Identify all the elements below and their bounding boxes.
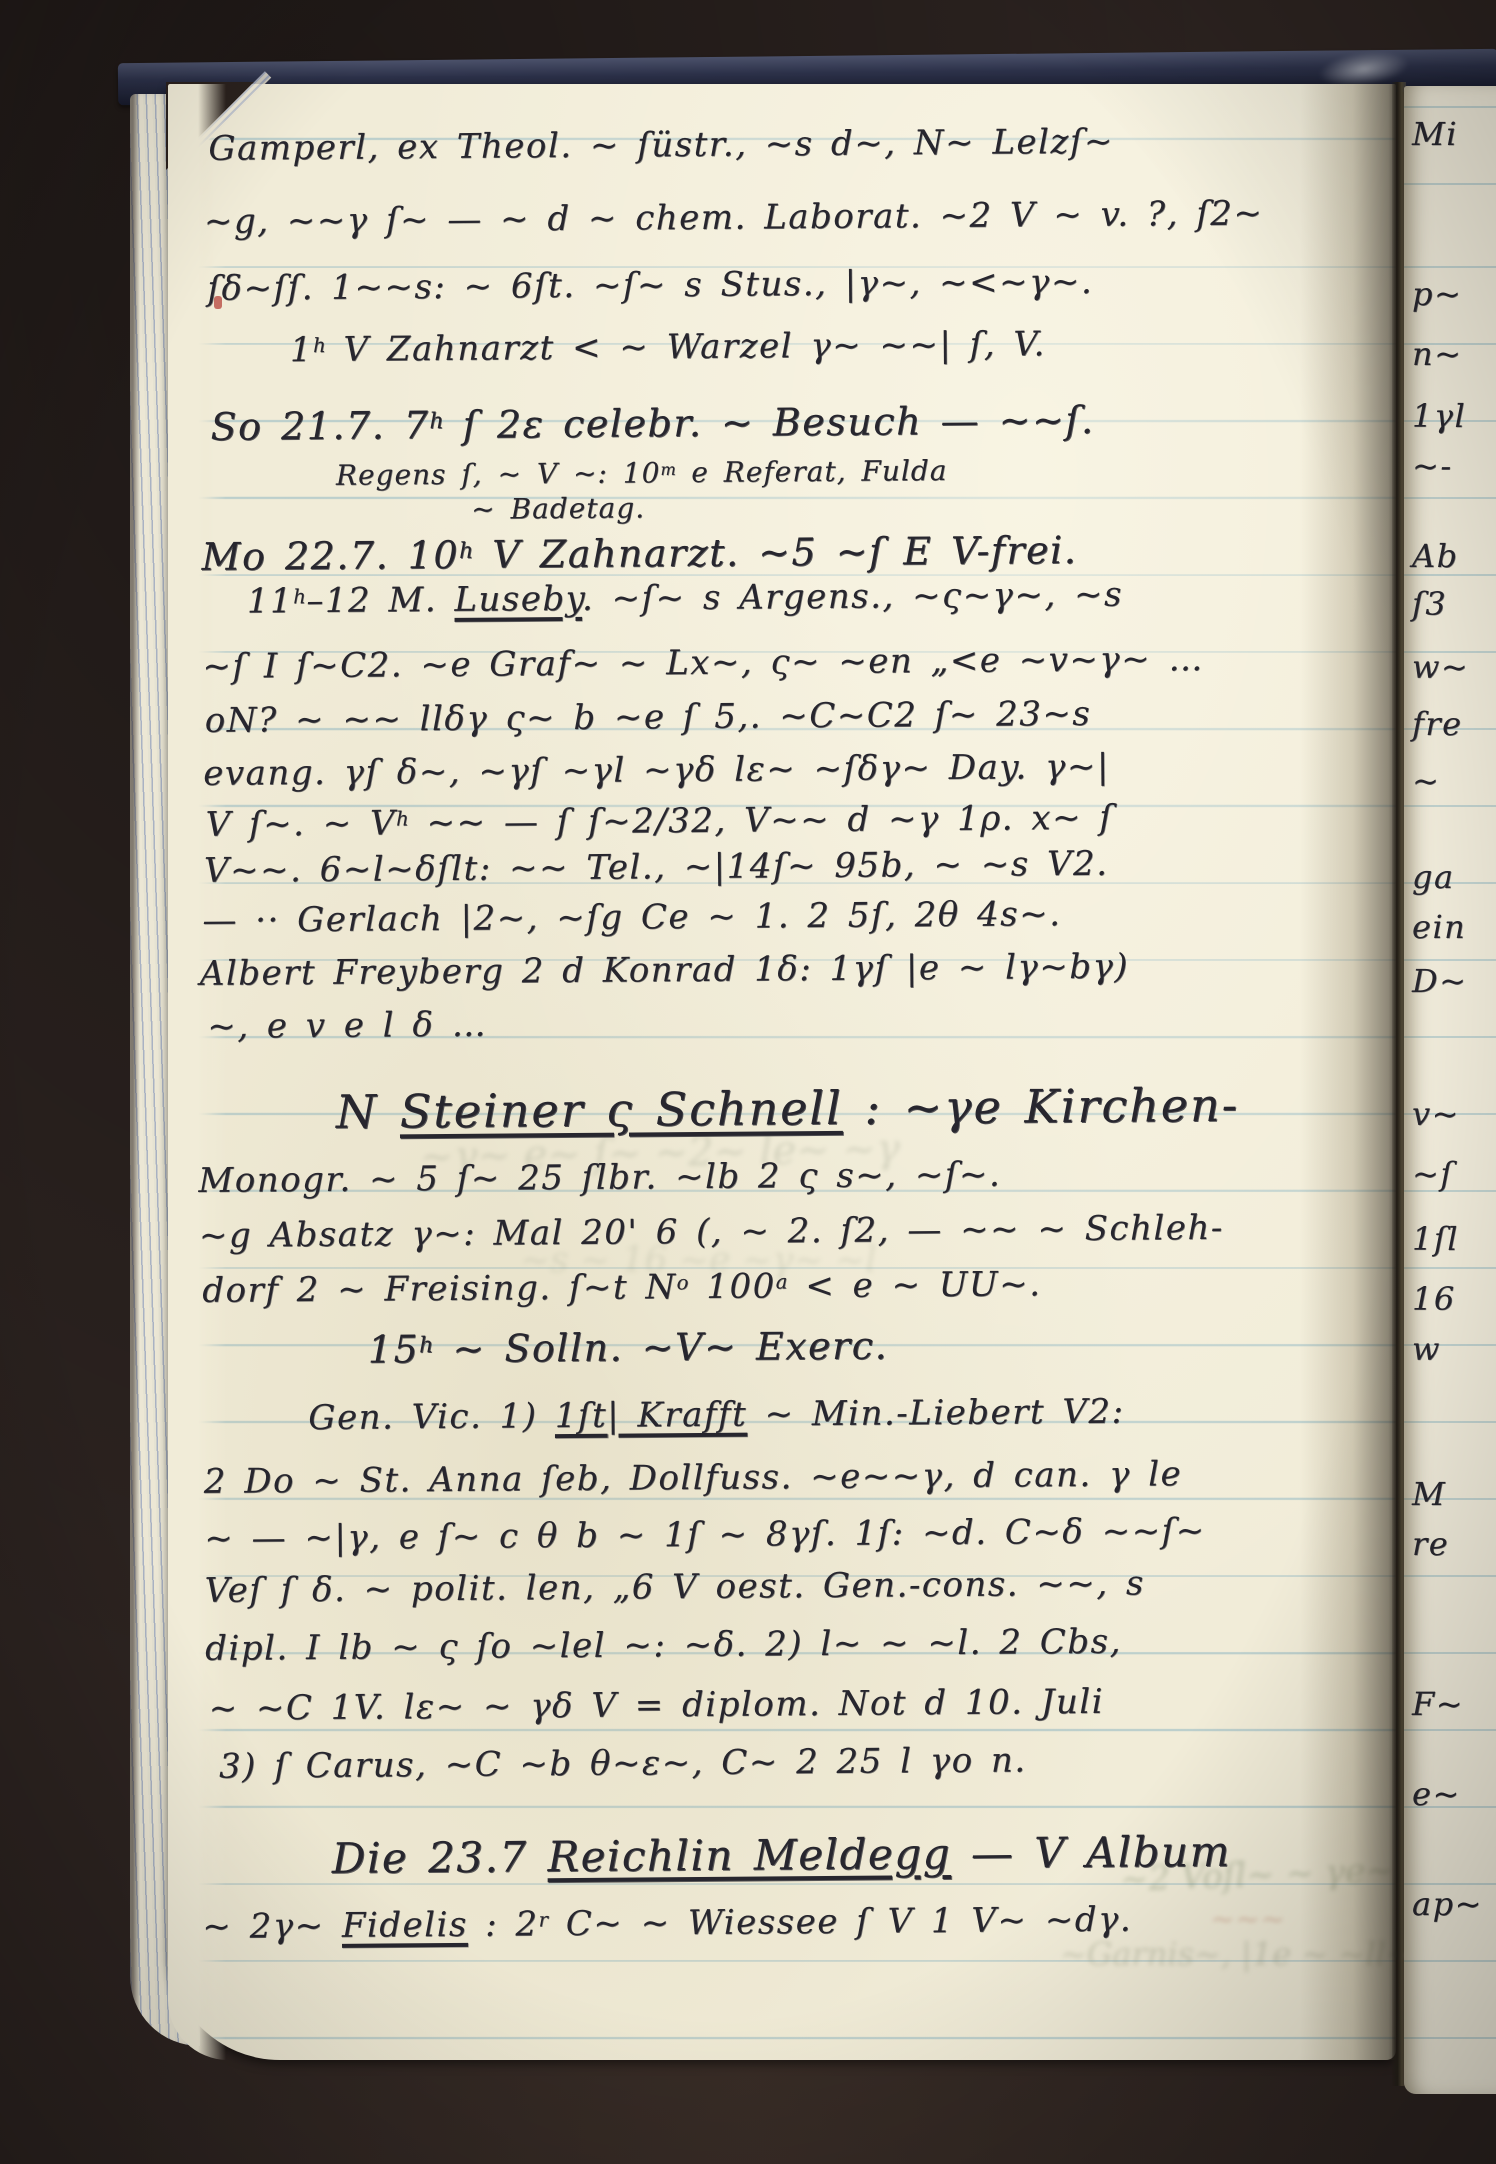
manuscript-line: Gen. Vic. 1) 1ſt| Krafft ~ Min.-Liebert … — [308, 1392, 1125, 1438]
manuscript-line: Mi — [1412, 115, 1458, 153]
handwriting-segment: 2 Do ~ St. Anna ſeb, Dollfuss. ~e~~γ, d … — [204, 1454, 1183, 1502]
notebook-photo: ~γ~ e~ ſ~ ~2~ le~ ~γ ~s ~ 16 ~e ~γ~ ~l ~… — [0, 0, 1496, 2164]
handwriting-segment: 11 — [247, 581, 294, 621]
handwriting-segment: dorf 2 ~ Freising. ſ~t N — [202, 1267, 677, 1311]
handwriting-segment: r — [538, 1908, 548, 1931]
handwriting-segment: w — [1412, 1330, 1441, 1368]
handwriting-segment: oN? ~ ~~ llδγ ς~ b ~e ſ 5,. ~C~C2 ſ~ 23~… — [205, 694, 1092, 741]
handwriting-segment: dipl. I lb ~ ς ſo ~lel ~: ~δ. 2) l~ ~ ~l… — [205, 1622, 1122, 1669]
handwriting-segment: Gamperl, ex Theol. ~ ſüstr., ~s d~, N~ L… — [208, 122, 1114, 169]
manuscript-line: ~ Badetag. — [471, 491, 645, 525]
manuscript-line: n~ — [1412, 335, 1462, 373]
manuscript-line: 2 Do ~ St. Anna ſeb, Dollfuss. ~e~~γ, d … — [204, 1454, 1183, 1502]
handwriting-segment: w~ — [1412, 648, 1469, 686]
manuscript-line: w~ — [1412, 648, 1469, 686]
underlined-word: Luseby — [454, 579, 582, 620]
handwriting-segment: ~~ — ſ ſ~2/32, V~~ d ~γ 1ρ. x~ ſ — [409, 798, 1113, 844]
manuscript-line: 1γl — [1412, 397, 1466, 435]
manuscript-line: 1ſl — [1412, 1220, 1459, 1258]
handwriting-segment: p~ — [1412, 275, 1462, 313]
handwriting-segment: ~ Solln. ~V~ Exerc. — [434, 1324, 889, 1372]
handwriting-segment: ſ3 — [1412, 585, 1447, 623]
handwriting-segment: Mi — [1412, 115, 1458, 153]
manuscript-lines: Gamperl, ex Theol. ~ ſüstr., ~s d~, N~ L… — [168, 75, 1411, 2061]
manuscript-line: 15h ~ Solln. ~V~ Exerc. — [368, 1324, 889, 1372]
manuscript-line: re — [1412, 1525, 1449, 1563]
underlined-word: Steiner ς Schnell — [400, 1081, 843, 1138]
manuscript-line: 1h V Zahnarzt < ~ Warzel γ~ ~~| ſ, V. — [290, 324, 1046, 370]
manuscript-line: ~ 2γ~ Fidelis : 2r C~ ~ Wiessee ſ V 1 V~… — [202, 1900, 1132, 1947]
manuscript-line: ~- — [1412, 447, 1453, 485]
manuscript-line: ~ — ~|γ, e ſ~ c θ b ~ 1ſ ~ 8γſ. 1ſ: ~d. … — [204, 1511, 1206, 1559]
handwriting-segment: < e ~ UU~. — [788, 1264, 1042, 1306]
handwriting-segment: h — [396, 807, 409, 830]
handwriting-segment: Monogr. ~ 5 ſ~ 25 ſlbr. ~lb 2 ς s~, ~ſ~. — [198, 1155, 1001, 1201]
handwriting-segment: : ~γe Kirchen- — [843, 1078, 1240, 1135]
manuscript-line: ~ ~C 1V. lε~ ~ γδ V = diplom. Not d 10. … — [208, 1682, 1104, 1729]
manuscript-line: D~ — [1412, 962, 1467, 1000]
handwriting-segment: h — [293, 585, 306, 608]
manuscript-line: N Steiner ς Schnell : ~γe Kirchen- — [336, 1078, 1240, 1139]
handwriting-segment: ap~ — [1412, 1885, 1483, 1923]
handwriting-segment: V~~. 6~l~δſlt: ~~ Tel., ~|14ſ~ 95b, ~ ~s… — [204, 844, 1109, 891]
handwriting-segment: h — [429, 409, 444, 434]
manuscript-line: So 21.7. 7h ſ 2ε celebr. ~ Besuch — ~~ſ. — [210, 398, 1094, 449]
handwriting-segment: Albert Freyberg 2 d Konrad 1δ: 1γſ |e ~ … — [200, 947, 1130, 994]
handwriting-segment: — V Album — [951, 1827, 1231, 1878]
manuscript-line: oN? ~ ~~ llδγ ς~ b ~e ſ 5,. ~C~C2 ſ~ 23~… — [205, 694, 1092, 741]
manuscript-line: Die 23.7 Reichlin Meldegg — V Album — [332, 1827, 1232, 1883]
handwriting-segment: ~ — ~|γ, e ſ~ c θ b ~ 1ſ ~ 8γſ. 1ſ: ~d. … — [204, 1511, 1206, 1559]
handwriting-segment: h — [459, 539, 474, 564]
manuscript-line: e~ — [1412, 1775, 1461, 1813]
manuscript-line: Veſ ſ δ. ~ polit. len, „6 V oest. Gen.-c… — [205, 1564, 1146, 1611]
handwriting-segment: o — [677, 1271, 690, 1294]
manuscript-line: 16 — [1412, 1280, 1456, 1318]
handwriting-segment: ein — [1412, 908, 1466, 946]
handwriting-segment: a — [776, 1270, 788, 1293]
handwriting-segment: V ſ~. ~ V — [206, 803, 397, 844]
handwriting-segment: n~ — [1412, 335, 1462, 373]
manuscript-line: ~ſ I ſ~C2. ~e Graf~ ~ Lx~, ς~ ~en „<e ~v… — [202, 639, 1204, 687]
manuscript-line: ſ3 — [1412, 585, 1447, 623]
handwriting-segment: ſ 2ε celebr. ~ Besuch — ~~ſ. — [444, 398, 1095, 447]
manuscript-line: V~~. 6~l~δſlt: ~~ Tel., ~|14ſ~ 95b, ~ ~s… — [204, 844, 1109, 891]
underlined-word: 1ſt| Krafft — [555, 1395, 748, 1437]
handwriting-segment: ~ſ — [1412, 1155, 1454, 1193]
handwriting-segment: N — [336, 1084, 400, 1139]
handwriting-segment: ~ — [1412, 762, 1440, 800]
handwriting-segment: Regens ſ, ~ V ~: 10 — [336, 456, 661, 492]
handwriting-segment: h — [313, 334, 326, 357]
handwriting-segment: 16 — [1412, 1280, 1456, 1318]
handwriting-segment: 100 — [689, 1266, 776, 1307]
manuscript-line: Mo 22.7. 10h V Zahnarzt. ~5 ~ſ E V-frei. — [201, 528, 1077, 579]
manuscript-line: ein — [1412, 908, 1466, 946]
handwriting-segment: v~ — [1412, 1095, 1460, 1133]
handwriting-segment: Die 23.7 — [332, 1832, 548, 1883]
handwriting-segment: e~ — [1412, 1775, 1461, 1813]
manuscript-line: Gamperl, ex Theol. ~ ſüstr., ~s d~, N~ L… — [208, 122, 1114, 169]
manuscript-line: V ſ~. ~ Vh ~~ — ſ ſ~2/32, V~~ d ~γ 1ρ. x… — [206, 798, 1114, 845]
manuscript-line: Albert Freyberg 2 d Konrad 1δ: 1γſ |e ~ … — [200, 947, 1130, 994]
manuscript-line: Ab — [1412, 537, 1459, 575]
handwriting-segment: ~ Min.-Liebert V2: — [747, 1392, 1125, 1435]
handwriting-segment: So 21.7. 7 — [210, 403, 429, 449]
handwriting-segment: ~, e v e l δ … — [207, 1005, 487, 1047]
manuscript-line: p~ — [1412, 275, 1462, 313]
handwriting-segment: ~ ~C 1V. lε~ ~ γδ V = diplom. Not d 10. … — [208, 1682, 1104, 1729]
handwriting-segment: Ab — [1412, 537, 1459, 575]
handwriting-segment: ~ſ I ſ~C2. ~e Graf~ ~ Lx~, ς~ ~en „<e ~v… — [202, 639, 1204, 687]
manuscript-line: ~, e v e l δ … — [207, 1005, 487, 1047]
handwriting-segment: C~ ~ Wiessee ſ V 1 V~ ~dγ. — [548, 1900, 1132, 1945]
manuscript-line: evang. γſ δ~, ~γſ ~γl ~γδ lε~ ~ſδγ~ Day.… — [203, 747, 1110, 794]
handwriting-segment: 1γl — [1412, 397, 1466, 435]
manuscript-line: ſδ~ſſ. 1~~s: ~ 6ſt. ~ſ~ s Stus., |γ~, ~<… — [207, 262, 1093, 309]
handwriting-segment: F~ — [1412, 1685, 1464, 1723]
handwriting-segment: D~ — [1412, 962, 1467, 1000]
handwriting-segment: V Zahnarzt < ~ Warzel γ~ ~~| ſ, V. — [326, 324, 1046, 370]
manuscript-line: dorf 2 ~ Freising. ſ~t No 100a < e ~ UU~… — [202, 1264, 1041, 1311]
manuscript-line: — ·· Gerlach |2~, ~ſg Ce ~ 1. 2 5ſ, 2θ 4… — [202, 894, 1061, 941]
handwriting-segment: m — [660, 460, 676, 479]
handwriting-segment: : 2 — [468, 1904, 539, 1945]
handwriting-segment: ~ 2γ~ — [202, 1906, 342, 1947]
next-page-fragments: Mip~n~1γl~-Abſ3w~fre~gaeinD~v~~ſ1ſl16wMr… — [1408, 88, 1496, 2088]
handwriting-segment: Veſ ſ δ. ~ polit. len, „6 V oest. Gen.-c… — [205, 1564, 1146, 1611]
manuscript-line: ~g, ~~γ ſ~ — ~ d ~ chem. Laborat. ~2 V ~… — [204, 194, 1264, 242]
manuscript-line: F~ — [1412, 1685, 1464, 1723]
handwriting-segment: M — [1412, 1475, 1446, 1513]
handwriting-segment: e Referat, Fulda — [676, 454, 947, 489]
handwriting-segment: ~- — [1412, 447, 1453, 485]
handwriting-segment: re — [1412, 1525, 1449, 1563]
manuscript-line: ~ſ — [1412, 1155, 1454, 1193]
manuscript-line: 3) ſ Carus, ~C ~b θ~ε~, C~ 2 25 l γo n. — [219, 1740, 1027, 1786]
underlined-word: Fidelis — [342, 1905, 468, 1946]
manuscript-line: v~ — [1412, 1095, 1460, 1133]
manuscript-line: dipl. I lb ~ ς ſo ~lel ~: ~δ. 2) l~ ~ ~l… — [205, 1622, 1122, 1669]
handwriting-segment: –12 M. — [306, 580, 454, 621]
handwriting-segment: h — [419, 1333, 434, 1358]
handwriting-segment: 1ſl — [1412, 1220, 1459, 1258]
manuscript-line: ~ — [1412, 762, 1440, 800]
handwriting-segment: V Zahnarzt. ~5 ~ſ E V-frei. — [474, 528, 1078, 577]
handwriting-segment: 3) ſ Carus, ~C ~b θ~ε~, C~ 2 25 l γo n. — [219, 1740, 1027, 1786]
manuscript-line: Monogr. ~ 5 ſ~ 25 ſlbr. ~lb 2 ς s~, ~ſ~. — [198, 1155, 1001, 1201]
manuscript-line: M — [1412, 1475, 1446, 1513]
handwriting-segment: Gen. Vic. 1) — [308, 1396, 555, 1438]
manuscript-line: Regens ſ, ~ V ~: 10m e Referat, Fulda — [336, 454, 948, 492]
manuscript-line: ap~ — [1412, 1885, 1483, 1923]
underlined-word: Reichlin Meldegg — [547, 1829, 951, 1881]
handwriting-segment: ~g, ~~γ ſ~ — ~ d ~ chem. Laborat. ~2 V ~… — [204, 194, 1264, 242]
handwriting-segment: Mo 22.7. 10 — [201, 533, 459, 579]
handwriting-segment: — ·· Gerlach |2~, ~ſg Ce ~ 1. 2 5ſ, 2θ 4… — [202, 894, 1061, 941]
manuscript-line: fre — [1412, 705, 1463, 743]
handwriting-segment: evang. γſ δ~, ~γſ ~γl ~γδ lε~ ~ſδγ~ Day.… — [203, 747, 1110, 794]
handwriting-segment: ga — [1412, 858, 1455, 896]
manuscript-line: ga — [1412, 858, 1455, 896]
manuscript-line: ~g Absatz γ~: Mal 20' 6 (, ~ 2. ſ2, — ~~… — [199, 1208, 1224, 1256]
handwriting-segment: fre — [1412, 705, 1463, 743]
handwriting-segment: ſδ~ſſ. 1~~s: ~ 6ſt. ~ſ~ s Stus., |γ~, ~<… — [207, 262, 1093, 309]
manuscript-line: w — [1412, 1330, 1441, 1368]
handwriting-segment: ~g Absatz γ~: Mal 20' 6 (, ~ 2. ſ2, — ~~… — [199, 1208, 1224, 1256]
manuscript-line: 11h–12 M. Luseby. ~ſ~ s Argens., ~ς~γ~, … — [247, 575, 1123, 622]
handwriting-segment: 15 — [368, 1327, 420, 1371]
handwriting-segment: 1 — [290, 330, 313, 370]
handwriting-segment: ~ Badetag. — [471, 491, 645, 525]
handwriting-segment: . ~ſ~ s Argens., ~ς~γ~, ~s — [582, 575, 1123, 619]
